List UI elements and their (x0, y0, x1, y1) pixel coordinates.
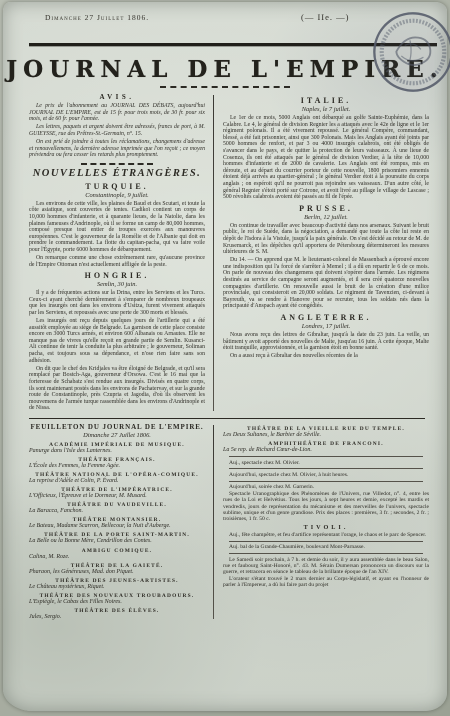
notice-paragraph: Auj., spectacle chez M. Olivier. (223, 460, 429, 466)
theatre-listing: THÉÂTRE DU VAUDEVILLE. La Baracca, Fanch… (29, 502, 205, 515)
notice-divider (229, 456, 423, 457)
issue-date: Dimanche 27 Juillet 1806. (45, 13, 149, 22)
plays-line: La 5e rep. de Richard Cœur-de-Lion. (223, 447, 429, 454)
angleterre-paragraph: Nous avons reçu des lettres de Gibraltar… (223, 332, 429, 352)
plays-line: L'Officieux, l'Épreuve et le Dormeur, M.… (29, 493, 205, 500)
notice-divider (229, 553, 423, 554)
avis-title: AVIS. (29, 93, 205, 101)
venue-name: ACADÉMIE IMPÉRIALE DE MUSIQUE. (29, 442, 205, 448)
turquie-paragraph: On remarque comme une chose extrêmement … (29, 255, 205, 268)
italie-section: ITALIE. Naples, le 7 juillet. Le 1er de … (223, 96, 429, 201)
theatre-listing: THÉÂTRE DES NOUVEAUX TROUBADOURS. L'Espi… (29, 593, 205, 606)
theatre-listing: AMBIGU COMIQUE. Calina, M. Roze. (29, 548, 205, 561)
plays-line: Le Bateau, Madame Scarron, Bellecour, la… (29, 523, 205, 530)
angleterre-title: ANGLETERRE. (223, 313, 429, 322)
notice-paragraph: Le Samedi soir prochain, à 7 h. et demie… (223, 557, 429, 576)
hongrie-dateline: Semlin, 30 juin. (29, 281, 205, 288)
theatre-listing: THÉÂTRE DES ÉLÈVES. Jules, Sergio. (29, 608, 205, 621)
prusse-title: PRUSSE. (223, 204, 429, 213)
plays-line: La Baracca, Fanchon. (29, 508, 205, 515)
notice-paragraph: L'orateur s'étant trouvé le 2 mars derni… (223, 576, 429, 589)
notice-paragraph: Aujourd'hui, spectacle chez M. Olivier, … (223, 472, 429, 478)
turquie-title: TURQUIE. (29, 182, 205, 191)
theatre-listing: ACADÉMIE IMPÉRIALE DE MUSIQUE. Panurge d… (29, 442, 205, 455)
header-rule (29, 43, 437, 46)
theatre-listing: THÉÂTRE NATIONAL DE L'OPÉRA-COMIQUE. La … (29, 472, 205, 485)
plays-line: Pharaon, les Généreuses, Mad. don Piquet… (29, 569, 205, 576)
plays-line: La reprise d'Adèle et Colin, P. Évard. (29, 478, 205, 485)
tivoli-title: TIVOLI. (223, 524, 429, 531)
angleterre-section: ANGLETERRE. Londres, 17 juillet. Nous av… (223, 313, 429, 360)
column-divider (213, 95, 214, 411)
plays-line: L'École des Femmes, la Femme Agée. (29, 463, 205, 470)
hongrie-paragraph: Il y a de fréquentes actions sur la Drin… (29, 290, 205, 316)
venue-name: THÉÂTRE DE LA VIEILLE RUE DU TEMPLE. (223, 426, 429, 432)
plays-line: Le Château mystérieux, Riquet. (29, 584, 205, 591)
plays-line: L'Espiègle, le Cabas des Filles Noires. (29, 599, 205, 606)
theatre-listing: THÉÂTRE DE LA GAIETÉ. Pharaon, les Génér… (29, 563, 205, 576)
foreign-news-title: NOUVELLES ÉTRANGÈRES. (29, 168, 205, 179)
plays-line: La Belle ou la Bonne Mère, Cendrillon de… (29, 538, 205, 545)
prusse-paragraph: On continue de travailler avec beaucoup … (223, 223, 429, 256)
notice-divider (229, 541, 423, 542)
turquie-dateline: Constantinople, 9 juillet. (29, 192, 205, 199)
right-column: ITALIE. Naples, le 7 juillet. Le 1er de … (215, 93, 429, 413)
column-divider (213, 425, 214, 618)
avis-paragraph: Le prix de l'abonnement au JOURNAL DES D… (29, 103, 205, 123)
theatre-listing: AMPHITHÉÂTRE DE FRANCONI. La 5e rep. de … (223, 441, 429, 454)
feuilleton-date: Dimanche 27 Juillet 1806. (29, 432, 205, 439)
plays-line: Les Deux Sultanes, le Barbier de Séville… (223, 432, 429, 439)
page-header: Dimanche 27 Juillet 1806. (— IIe. —) (3, 2, 447, 42)
venue-name: THÉÂTRE DES JEUNES-ARTISTES. (29, 578, 205, 584)
theatre-listing: THÉÂTRE DE LA VIEILLE RUE DU TEMPLE. Les… (223, 426, 429, 439)
italie-title: ITALIE. (223, 96, 429, 105)
prusse-dateline: Berlin, 12 juillet. (223, 214, 429, 221)
section-ornament (81, 163, 153, 165)
notice-paragraph: Spectacle Uranographique des Phénomènes … (223, 491, 429, 523)
newspaper-scan: Dimanche 27 Juillet 1806. (— IIe. —) JOU… (0, 0, 450, 716)
angleterre-dateline: Londres, 17 juillet. (223, 323, 429, 330)
italie-paragraph: Le 1er de ce mois, 5000 Anglais ont déba… (223, 115, 429, 201)
plays-line: Calina, M. Roze. (29, 554, 205, 561)
theatre-listing: THÉÂTRE DES JEUNES-ARTISTES. Le Château … (29, 578, 205, 591)
venue-name: THÉÂTRE DES NOUVEAUX TROUBADOURS. (29, 593, 205, 599)
left-column: AVIS. Le prix de l'abonnement au JOURNAL… (29, 93, 212, 413)
hongrie-title: HONGRIE. (29, 271, 205, 280)
hongrie-paragraph: Les insurgés ont reçu depuis quelques jo… (29, 318, 205, 364)
hongrie-section: HONGRIE. Semlin, 30 juin. Il y a de fréq… (29, 271, 205, 412)
feuilleton-left-column: FEUILLETON DU JOURNAL DE L'EMPIRE. Diman… (29, 423, 212, 620)
theatre-listing: THÉÂTRE DE LA PORTE SAINT-MARTIN. La Bel… (29, 532, 205, 545)
postal-stamp-icon (361, 0, 450, 104)
hongrie-paragraph: On dit que le chef des Kridjales va être… (29, 366, 205, 412)
feuilleton-rule (29, 418, 425, 419)
tivoli-paragraph: Auj., fête champêtre, et feu d'artifice … (223, 532, 429, 538)
plays-line: Jules, Sergio. (29, 614, 205, 621)
masthead-ornament (160, 86, 290, 88)
prusse-section: PRUSSE. Berlin, 12 juillet. On continue … (223, 204, 429, 310)
notice-divider (229, 481, 423, 482)
feuilleton-title: FEUILLETON DU JOURNAL DE L'EMPIRE. (29, 423, 205, 431)
turquie-paragraph: Les environs de cette ville, les plaines… (29, 201, 205, 254)
avis-section: AVIS. Le prix de l'abonnement au JOURNAL… (29, 93, 205, 159)
avis-paragraph: Les lettres, paquets et argent doivent ê… (29, 124, 205, 137)
feuilleton-right-column: THÉÂTRE DE LA VIEILLE RUE DU TEMPLE. Les… (215, 423, 429, 620)
theatre-listing: THÉÂTRE MONTANSIER. Le Bateau, Madame Sc… (29, 517, 205, 530)
news-columns: AVIS. Le prix de l'abonnement au JOURNAL… (3, 93, 447, 413)
turquie-section: TURQUIE. Constantinople, 9 juillet. Les … (29, 182, 205, 268)
prusse-paragraph: Du 14. — On apprend que M. le lieutenant… (223, 257, 429, 310)
newspaper-page: Dimanche 27 Juillet 1806. (— IIe. —) JOU… (3, 2, 447, 711)
italie-dateline: Naples, le 7 juillet. (223, 106, 429, 113)
notice-divider (229, 468, 423, 469)
theatre-listing: THÉÂTRE FRANÇAIS. L'École des Femmes, la… (29, 457, 205, 470)
masthead-title: JOURNAL DE L'EMPIRE. (3, 56, 447, 83)
plays-line: Panurge dans l'Isle des Lanternes. (29, 448, 205, 455)
angleterre-paragraph: On a aussi reçu à Gibraltar des nouvelle… (223, 353, 429, 360)
page-number: (— IIe. —) (301, 12, 349, 22)
feuilleton-columns: FEUILLETON DU JOURNAL DE L'EMPIRE. Diman… (3, 423, 447, 620)
avis-paragraph: On est prié de joindre à toutes les récl… (29, 139, 205, 159)
theatre-listing: THÉÂTRE DE L'IMPÉRATRICE. L'Officieux, l… (29, 487, 205, 500)
notice-paragraph: Auj. bal de la Grande-Chaumière, bouleva… (223, 544, 429, 550)
